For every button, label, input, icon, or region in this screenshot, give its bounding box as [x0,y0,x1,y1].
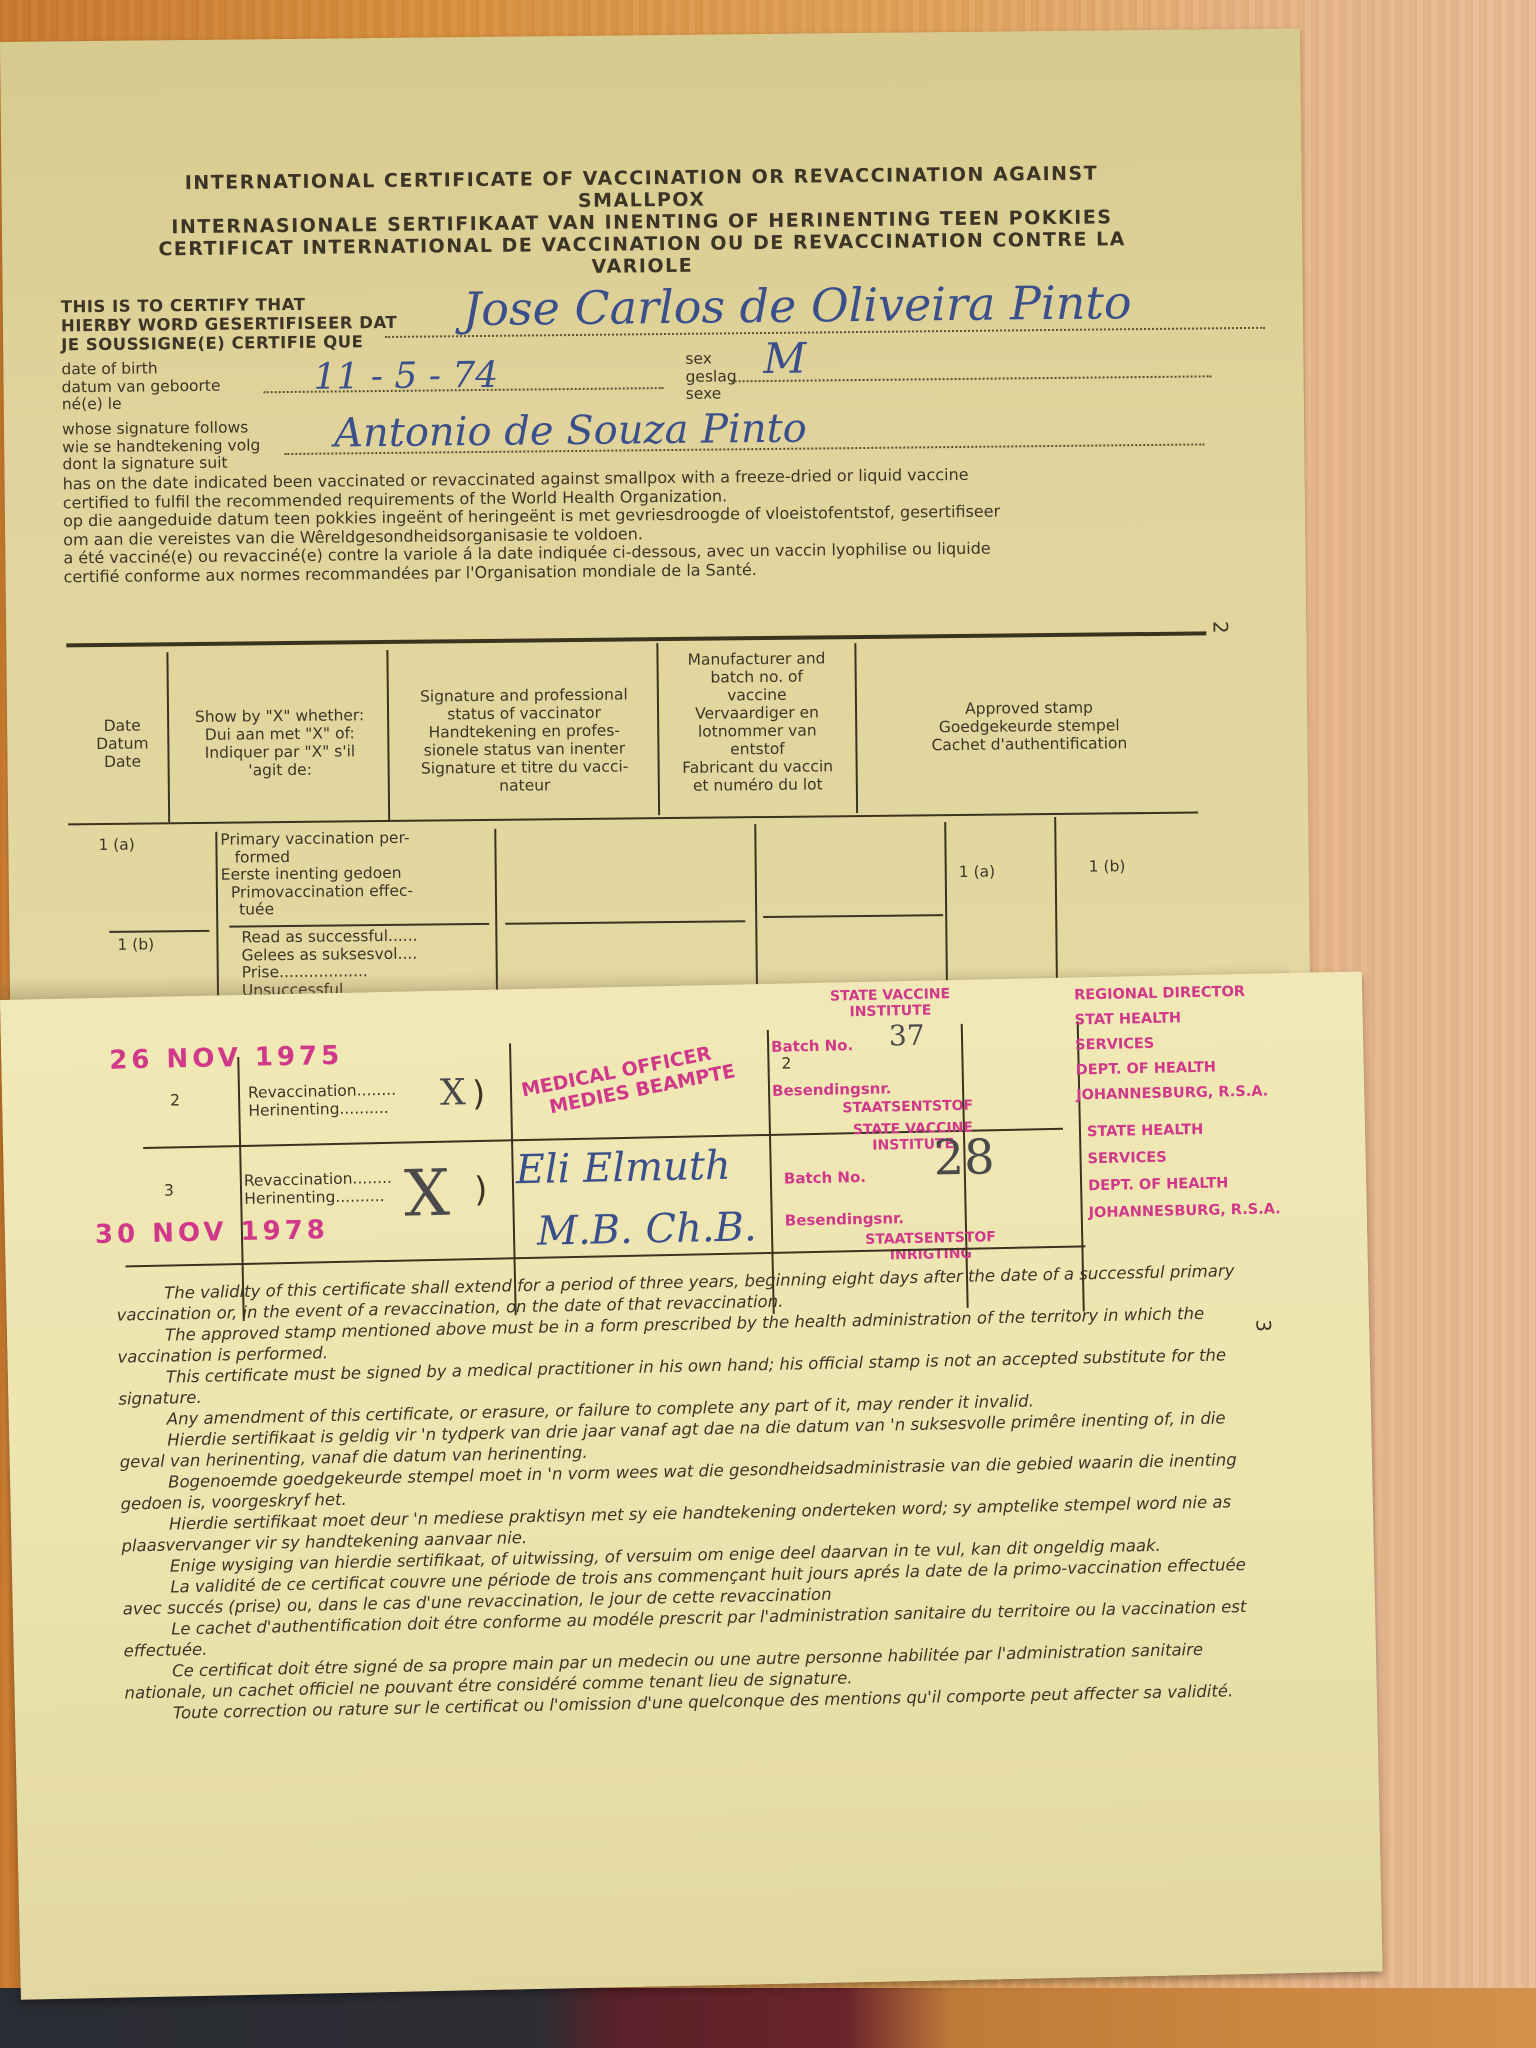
row3-x-mark[interactable]: X [403,1157,450,1232]
statement: has on the date indicated been vaccinate… [63,463,1244,586]
signature-labels: whose signature follows wie se handteken… [62,419,261,474]
row3-number: 3 [164,1182,174,1200]
row2-x-mark[interactable]: X [440,1072,466,1114]
medical-officer-stamp: MEDICAL OFFICER MEDIES BEAMPTE [520,1039,737,1124]
stamp-slot-1b: 1 (b) [1089,858,1126,876]
row2-number: 2 [170,1092,180,1110]
header-signature: Signature and professional status of vac… [391,685,658,796]
row2-approved-stamp: REGIONAL DIRECTOR STAT HEALTH SERVICES D… [1074,979,1269,1108]
row3-date-stamp: 30 NOV 1978 [95,1215,330,1250]
row2-institute-stamp-bottom: STAATSENTSTOF [842,1098,973,1117]
page-number-bottom: 3 [1251,1319,1275,1332]
row3-batch-label: Batch No. [784,1168,866,1188]
row1-label-b: 1 (b) [117,936,154,954]
row2-consignment-label: Besendingsnr. [772,1079,892,1099]
page-number-top: 2 [1208,621,1232,634]
row3-batch-value[interactable]: 28 [933,1129,995,1186]
row3-consignment-label: Besendingsnr. [785,1209,905,1229]
row1-label-a: 1 (a) [98,837,135,855]
header-show-x: Show by "X" whether: Dui aan met "X" of:… [172,706,388,780]
holder-name-field[interactable]: Jose Carlos de Oliveira Pinto [463,275,1132,336]
dob-field[interactable]: 11 - 5 - 74 [313,355,498,398]
row3-approved-stamp: STATE HEALTH SERVICES DEPT. OF HEALTH JO… [1087,1115,1281,1227]
table-surface-bottom [0,1988,1536,2048]
header-stamp: Approved stamp Goedgekeurde stempel Cach… [859,697,1200,755]
row2-options: Revaccination........ Herinenting.......… [248,1082,397,1120]
certificate-page-3: 26 NOV 1975 2 Revaccination........ Heri… [0,971,1383,1999]
validity-instructions: The validity of this certificate shall e… [116,1260,1255,1725]
sex-labels: sex geslag sexe [685,350,737,403]
title-block: INTERNATIONAL CERTIFICATE OF VACCINATION… [61,161,1222,283]
row2-date-stamp: 26 NOV 1975 [109,1041,344,1076]
certificate-page-2: INTERNATIONAL CERTIFICATE OF VACCINATION… [0,28,1310,1022]
sex-field[interactable]: M [763,334,807,383]
holder-signature[interactable]: Antonio de Souza Pinto [334,406,807,457]
row3-vaccinator-signature[interactable]: Eli Elmuth M.B. Ch.B. [515,1134,757,1263]
row2-batch-label: Batch No. [771,1036,853,1056]
row2-institute-stamp-top: STATE VACCINE INSTITUTE [780,985,1001,1022]
row1-primary-options: Primary vaccination per- formed Eerste i… [220,829,461,919]
header-date: Date Datum Date [77,716,168,771]
dob-labels: date of birth datum van geboorte né(e) l… [61,360,220,414]
header-manufacturer: Manufacturer and batch no. of vaccine Ve… [658,649,855,795]
stamp-slot-1a: 1 (a) [959,864,996,882]
row3-options: Revaccination........ Herinenting.......… [244,1170,393,1208]
row2-batch-value[interactable]: 37 [889,1019,925,1053]
row3-institute-stamp-bottom: STAATSENTSTOF INRIGTING [865,1229,996,1264]
certify-labels: THIS IS TO CERTIFY THAT HIERBY WORD GESE… [61,294,398,355]
